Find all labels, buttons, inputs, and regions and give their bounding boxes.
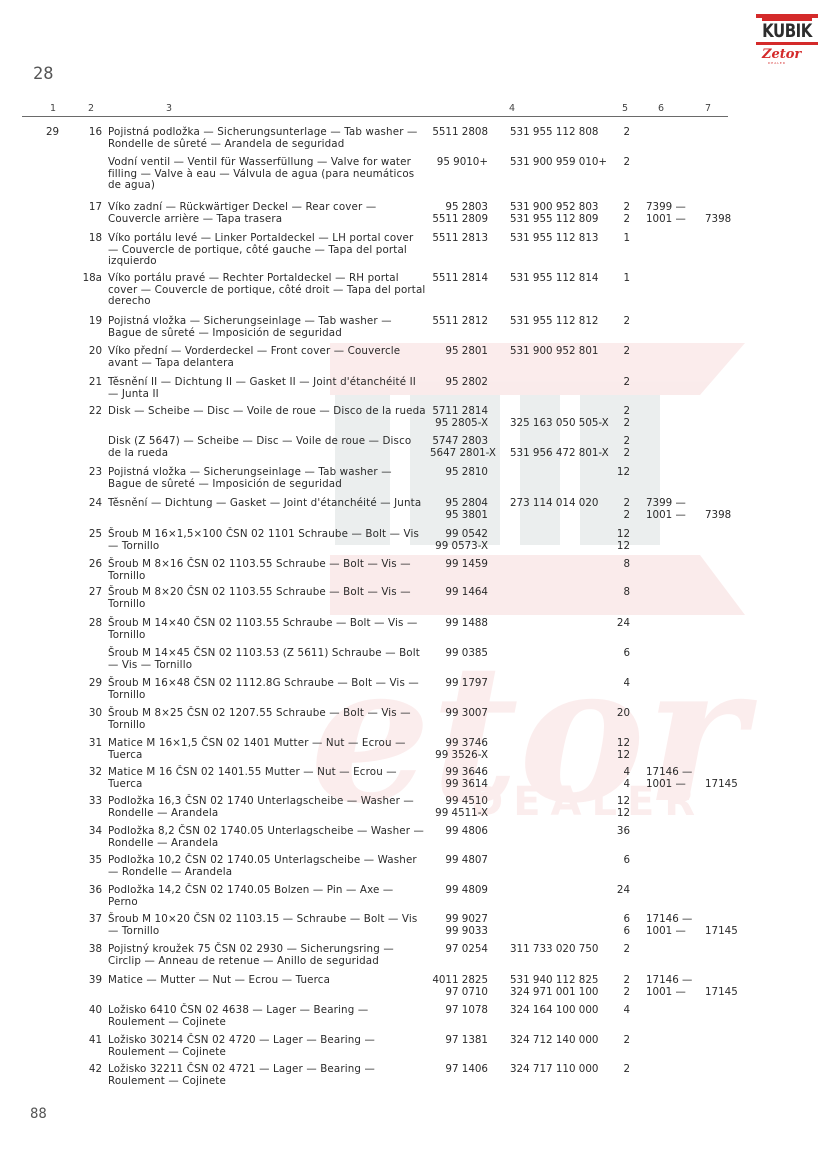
order-number: 311 733 020 750: [510, 944, 598, 956]
serial-from: 1001 —: [646, 779, 686, 791]
position-number: 18: [82, 233, 102, 245]
part-number: 5647 2801-X: [430, 448, 488, 460]
part-number: 99 4806: [430, 826, 488, 838]
order-number: 531 955 112 812: [510, 316, 598, 328]
part-number: 97 1078: [430, 1005, 488, 1017]
position-number: 34: [82, 826, 102, 838]
order-number: 531 900 952 803: [510, 202, 598, 214]
position-number: 23: [82, 467, 102, 479]
quantity: 4: [610, 678, 630, 690]
quantity: 12: [610, 808, 630, 820]
position-number: 38: [82, 944, 102, 956]
serial-from: 1001 —: [646, 214, 686, 226]
position-number: 37: [82, 914, 102, 926]
part-description: Pojistný kroužek 75 ČSN 02 2930 — Sicher…: [108, 944, 426, 967]
header-rule: [22, 116, 728, 117]
quantity: 2: [610, 436, 630, 448]
position-number: 19: [82, 316, 102, 328]
part-description: Podložka 10,2 ČSN 02 1740.05 Unterlagsch…: [108, 855, 426, 878]
part-number: 5711 2814: [430, 406, 488, 418]
part-description: Podložka 14,2 ČSN 02 1740.05 Bolzen — Pi…: [108, 885, 426, 908]
quantity: 2: [610, 510, 630, 522]
position-number: 20: [82, 346, 102, 358]
serial-to: 17145: [705, 987, 738, 999]
part-description: Těsnění II — Dichtung II — Gasket II — J…: [108, 377, 426, 400]
part-description: Šroub M 10×20 ČSN 02 1103.15 — Schraube …: [108, 914, 426, 937]
serial-from: 1001 —: [646, 987, 686, 999]
part-number: 99 0385: [430, 648, 488, 660]
position-number: 32: [82, 767, 102, 779]
logo-bar-bottom: [756, 42, 818, 45]
quantity: 24: [610, 618, 630, 630]
quantity: 2: [610, 214, 630, 226]
part-description: Pojistná vložka — Sicherungseinlage — Ta…: [108, 467, 426, 490]
part-number: 99 3746: [430, 738, 488, 750]
logo-brand: KUBIK: [756, 22, 818, 41]
position-number: 24: [82, 498, 102, 510]
quantity: 12: [610, 467, 630, 479]
quantity: 6: [610, 914, 630, 926]
order-number: 531 955 112 809: [510, 214, 598, 226]
quantity: 6: [610, 648, 630, 660]
position-number: 42: [82, 1064, 102, 1076]
order-number: 531 955 112 813: [510, 233, 598, 245]
part-description: Pojistná podložka — Sicherungsunterlage …: [108, 127, 426, 150]
part-number: 99 0573-X: [430, 541, 488, 553]
part-description: Víko portálu pravé — Rechter Portaldecke…: [108, 273, 426, 308]
serial-from: 17146 —: [646, 767, 692, 779]
group-number: 29: [46, 127, 59, 139]
part-number: 5511 2809: [430, 214, 488, 226]
part-description: Vodní ventil — Ventil für Wasserfüllung …: [108, 157, 426, 192]
quantity: 2: [610, 448, 630, 460]
quantity: 6: [610, 926, 630, 938]
serial-to: 7398: [705, 214, 731, 226]
quantity: 12: [610, 750, 630, 762]
part-number: 95 2810: [430, 467, 488, 479]
quantity: 2: [610, 498, 630, 510]
position-number: 16: [82, 127, 102, 139]
section-number: 28: [33, 64, 53, 84]
part-number: 99 1797: [430, 678, 488, 690]
position-number: 33: [82, 796, 102, 808]
column-header-7: 7: [705, 103, 711, 114]
order-number: 531 955 112 808: [510, 127, 598, 139]
order-number: 273 114 014 020: [510, 498, 598, 510]
part-number: 99 1464: [430, 587, 488, 599]
part-description: Šroub M 8×16 ČSN 02 1103.55 Schraube — B…: [108, 559, 426, 582]
part-number: 99 4809: [430, 885, 488, 897]
quantity: 2: [610, 406, 630, 418]
part-description: Šroub M 8×20 ČSN 02 1103.55 Schraube — B…: [108, 587, 426, 610]
part-number: 95 2804: [430, 498, 488, 510]
serial-to: 17145: [705, 779, 738, 791]
logo-tag: DEALER: [768, 61, 786, 65]
position-number: 25: [82, 529, 102, 541]
serial-from: 17146 —: [646, 975, 692, 987]
order-number: 325 163 050 505-X: [510, 418, 609, 430]
part-description: Ložisko 30214 ČSN 02 4720 — Lager — Bear…: [108, 1035, 426, 1058]
part-description: Ložisko 6410 ČSN 02 4638 — Lager — Beari…: [108, 1005, 426, 1028]
quantity: 4: [610, 1005, 630, 1017]
serial-from: 1001 —: [646, 926, 686, 938]
serial-from: 17146 —: [646, 914, 692, 926]
part-description: Víko portálu levé — Linker Portaldeckel …: [108, 233, 426, 268]
quantity: 2: [610, 377, 630, 389]
position-number: 26: [82, 559, 102, 571]
part-description: Matice M 16×1,5 ČSN 02 1401 Mutter — Nut…: [108, 738, 426, 761]
part-number: 99 3526-X: [430, 750, 488, 762]
part-number: 99 1459: [430, 559, 488, 571]
part-number: 97 1406: [430, 1064, 488, 1076]
position-number: 35: [82, 855, 102, 867]
order-number: 531 900 959 010+: [510, 157, 607, 169]
quantity: 2: [610, 346, 630, 358]
quantity: 1: [610, 233, 630, 245]
quantity: 2: [610, 127, 630, 139]
part-description: Šroub M 14×45 ČSN 02 1103.53 (Z 5611) Sc…: [108, 648, 426, 671]
order-number: 531 900 952 801: [510, 346, 598, 358]
quantity: 2: [610, 1064, 630, 1076]
part-description: Víko přední — Vorderdeckel — Front cover…: [108, 346, 426, 369]
column-header-6: 6: [658, 103, 664, 114]
quantity: 2: [610, 1035, 630, 1047]
part-number: 99 4807: [430, 855, 488, 867]
part-number: 99 3646: [430, 767, 488, 779]
quantity: 8: [610, 559, 630, 571]
logo-sub: Zetor: [762, 48, 801, 61]
part-number: 5747 2803: [430, 436, 488, 448]
quantity: 12: [610, 541, 630, 553]
part-number: 5511 2813: [430, 233, 488, 245]
serial-from: 7399 —: [646, 202, 686, 214]
position-number: 40: [82, 1005, 102, 1017]
order-number: 531 955 112 814: [510, 273, 598, 285]
position-number: 21: [82, 377, 102, 389]
part-number: 95 3801: [430, 510, 488, 522]
quantity: 2: [610, 157, 630, 169]
quantity: 12: [610, 796, 630, 808]
part-description: Ložisko 32211 ČSN 02 4721 — Lager — Bear…: [108, 1064, 426, 1087]
part-description: Disk (Z 5647) — Scheibe — Disc — Voile d…: [108, 436, 426, 459]
position-number: 29: [82, 678, 102, 690]
position-number: 18a: [82, 273, 102, 285]
quantity: 4: [610, 767, 630, 779]
part-description: Šroub M 14×40 ČSN 02 1103.55 Schraube — …: [108, 618, 426, 641]
quantity: 2: [610, 316, 630, 328]
part-description: Šroub M 16×48 ČSN 02 1112.8G Schraube — …: [108, 678, 426, 701]
part-number: 95 9010+: [430, 157, 488, 169]
part-number: 99 9033: [430, 926, 488, 938]
position-number: 36: [82, 885, 102, 897]
position-number: 31: [82, 738, 102, 750]
quantity: 4: [610, 779, 630, 791]
part-number: 95 2801: [430, 346, 488, 358]
quantity: 8: [610, 587, 630, 599]
column-header-1: 1: [50, 103, 56, 114]
quantity: 2: [610, 987, 630, 999]
column-header-2: 2: [88, 103, 94, 114]
part-number: 97 0254: [430, 944, 488, 956]
quantity: 12: [610, 738, 630, 750]
part-description: Podložka 8,2 ČSN 02 1740.05 Unterlagsche…: [108, 826, 426, 849]
quantity: 2: [610, 944, 630, 956]
part-number: 99 4510: [430, 796, 488, 808]
quantity: 12: [610, 529, 630, 541]
order-number: 324 712 140 000: [510, 1035, 598, 1047]
quantity: 2: [610, 975, 630, 987]
part-number: 99 3007: [430, 708, 488, 720]
quantity: 24: [610, 885, 630, 897]
part-number: 97 1381: [430, 1035, 488, 1047]
kubik-zetor-logo: KUBIK Zetor DEALER: [756, 14, 818, 64]
part-description: Disk — Scheibe — Disc — Voile de roue — …: [108, 406, 426, 418]
serial-to: 17145: [705, 926, 738, 938]
position-number: 41: [82, 1035, 102, 1047]
position-number: 30: [82, 708, 102, 720]
part-number: 5511 2812: [430, 316, 488, 328]
column-header-3: 3: [166, 103, 172, 114]
serial-from: 7399 —: [646, 498, 686, 510]
order-number: 324 164 100 000: [510, 1005, 598, 1017]
part-description: Těsnění — Dichtung — Gasket — Joint d'ét…: [108, 498, 426, 510]
quantity: 36: [610, 826, 630, 838]
part-description: Víko zadní — Rückwärtiger Deckel — Rear …: [108, 202, 426, 225]
position-number: 17: [82, 202, 102, 214]
serial-from: 1001 —: [646, 510, 686, 522]
order-number: 531 940 112 825: [510, 975, 598, 987]
part-description: Matice M 16 ČSN 02 1401.55 Mutter — Nut …: [108, 767, 426, 790]
part-description: Podložka 16,3 ČSN 02 1740 Unterlagscheib…: [108, 796, 426, 819]
part-number: 95 2803: [430, 202, 488, 214]
part-number: 5511 2808: [430, 127, 488, 139]
order-number: 324 717 110 000: [510, 1064, 598, 1076]
quantity: 6: [610, 855, 630, 867]
part-number: 5511 2814: [430, 273, 488, 285]
part-number: 95 2805-X: [430, 418, 488, 430]
part-description: Šroub M 8×25 ČSN 02 1207.55 Schraube — B…: [108, 708, 426, 731]
part-number: 99 1488: [430, 618, 488, 630]
part-number: 99 0542: [430, 529, 488, 541]
quantity: 1: [610, 273, 630, 285]
position-number: 22: [82, 406, 102, 418]
position-number: 28: [82, 618, 102, 630]
part-number: 4011 2825: [430, 975, 488, 987]
page-number: 88: [30, 1106, 47, 1122]
order-number: 531 956 472 801-X: [510, 448, 609, 460]
part-description: Matice — Mutter — Nut — Ecrou — Tuerca: [108, 975, 426, 987]
part-number: 99 9027: [430, 914, 488, 926]
part-description: Šroub M 16×1,5×100 ČSN 02 1101 Schraube …: [108, 529, 426, 552]
part-number: 95 2802: [430, 377, 488, 389]
part-description: Pojistná vložka — Sicherungseinlage — Ta…: [108, 316, 426, 339]
part-number: 97 0710: [430, 987, 488, 999]
serial-to: 7398: [705, 510, 731, 522]
position-number: 39: [82, 975, 102, 987]
position-number: 27: [82, 587, 102, 599]
part-number: 99 4511-X: [430, 808, 488, 820]
quantity: 2: [610, 202, 630, 214]
quantity: 20: [610, 708, 630, 720]
part-number: 99 3614: [430, 779, 488, 791]
quantity: 2: [610, 418, 630, 430]
column-header-4: 4: [509, 103, 515, 114]
column-header-5: 5: [622, 103, 628, 114]
order-number: 324 971 001 100: [510, 987, 598, 999]
